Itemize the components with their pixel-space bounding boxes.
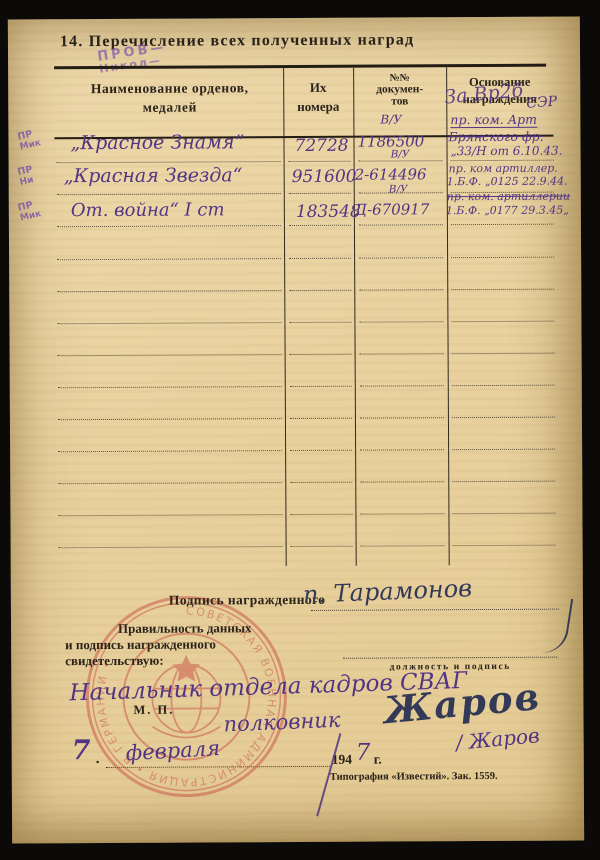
row-dotted-line <box>58 450 282 452</box>
row-dotted-line <box>359 289 443 290</box>
header-documents: №№ докумен- тов <box>353 72 446 107</box>
basis-line-5: 1.Б.Ф. „0125 22.9.44. <box>447 175 568 189</box>
documents-header-note: В/У <box>380 112 402 126</box>
header-numbers-line1: Их <box>283 80 353 96</box>
header-award-name: Наименование орденов, медалей <box>56 80 283 116</box>
row-dotted-line <box>361 545 445 546</box>
row-dotted-line <box>290 482 352 483</box>
row-dotted-line <box>452 513 555 515</box>
row-dotted-line <box>360 353 444 354</box>
basis-line-6: пр. ком. артиллерии <box>447 190 570 204</box>
row-dotted-line <box>57 290 281 292</box>
row-dotted-line <box>290 514 352 515</box>
row-dotted-line <box>360 513 444 514</box>
column-line-1 <box>283 68 287 566</box>
row-dotted-line <box>57 225 281 227</box>
certify-line-1: Правильность данных <box>118 620 252 637</box>
date-suffix: г. <box>374 752 382 768</box>
margin-stamp-2-line2: Ни <box>19 175 36 188</box>
row-dotted-line <box>290 386 352 387</box>
row-dotted-line <box>452 481 555 483</box>
header-award-name-line1: Наименование орденов, <box>56 80 283 97</box>
row-dotted-line <box>289 193 351 194</box>
row-dotted-line <box>290 354 352 355</box>
header-numbers-line2: номера <box>283 99 353 115</box>
row-dotted-line <box>452 385 555 387</box>
certify-line-2: и подпись награжденного <box>65 636 216 653</box>
clarification-signature: / Жаров <box>455 723 541 755</box>
award-number-2: 951600 <box>292 167 357 187</box>
header-documents-line3: тов <box>353 95 446 107</box>
basis-line-2: Брянского фр. <box>448 129 543 144</box>
imprint: Типография «Известий». Зак. 1559. <box>330 771 498 783</box>
certify-line-3: свидетельствую: <box>65 653 164 670</box>
header-award-name-line2: медалей <box>56 99 283 116</box>
award-name-1: „Красное Знамя“ <box>70 131 244 154</box>
row-dotted-line <box>291 546 353 547</box>
award-number-1: 72728 <box>294 136 348 156</box>
award-name-3: От. война“ I ст <box>71 199 225 221</box>
awardee-sign-line <box>311 609 559 611</box>
margin-stamp-1: ПР Мик <box>16 127 41 152</box>
margin-stamp-2: ПР Ни <box>17 164 36 188</box>
date-year-hand: 7 <box>356 740 371 766</box>
row-dotted-line <box>58 418 282 420</box>
row-dotted-line <box>360 449 444 450</box>
row-dotted-line <box>360 481 444 482</box>
award-number-3: 183548 <box>296 202 361 222</box>
row-dotted-line <box>289 322 351 323</box>
row-dotted-line <box>451 257 554 259</box>
row-dotted-line <box>360 417 444 418</box>
row-dotted-line <box>289 258 351 259</box>
row-dotted-line <box>453 545 556 547</box>
row-dotted-line <box>452 353 555 355</box>
row-dotted-line <box>57 161 281 163</box>
row-dotted-line <box>451 321 554 323</box>
award-doc-2: 2-614496 <box>355 165 427 183</box>
header-documents-line2: докумен- <box>353 83 446 95</box>
row-dotted-line <box>58 386 282 388</box>
row-dotted-line <box>452 417 555 419</box>
row-dotted-line <box>452 449 555 451</box>
award-name-2: „Красная Звезда“ <box>64 164 243 187</box>
basis-line-7: 1.Б.Ф. „0177 29.3.45„ <box>446 204 569 218</box>
row-dotted-line <box>290 450 352 451</box>
row-dotted-line <box>290 418 352 419</box>
basis-line-4: пр. ком артиллер. <box>449 162 558 176</box>
row-dotted-line <box>57 322 281 324</box>
row-dotted-line <box>359 224 443 225</box>
date-day: 7 <box>72 735 91 766</box>
mp-label: М. П. <box>133 703 174 718</box>
row-dotted-line <box>451 289 554 291</box>
row-dotted-line <box>57 258 281 260</box>
row-dotted-line <box>57 193 281 195</box>
award-doc-3: Д-670917 <box>355 200 430 218</box>
basis-header-overlay-2: СЭР <box>526 94 558 112</box>
award-doc-note-2: В/У <box>391 148 410 160</box>
position-line <box>343 657 557 659</box>
basis-line-1: пр. ком. Арт <box>450 112 537 128</box>
row-dotted-line <box>360 385 444 386</box>
header-documents-line1: №№ <box>353 72 446 83</box>
row-dotted-line <box>359 257 443 258</box>
row-dotted-line <box>289 225 351 226</box>
row-dotted-line <box>58 514 282 516</box>
row-dotted-line <box>58 482 282 484</box>
row-dotted-line <box>289 161 351 162</box>
header-numbers: Их номера <box>283 80 353 115</box>
row-dotted-line <box>59 546 283 548</box>
row-dotted-line <box>359 321 443 322</box>
awardee-signature-flourish <box>539 595 573 656</box>
row-dotted-line <box>289 290 351 291</box>
row-dotted-line <box>58 354 282 356</box>
basis-line-3: „33/Н от 6.10.43. <box>451 144 563 159</box>
awardee-signature: п. Тарамонов <box>302 574 472 609</box>
column-line-2 <box>353 68 357 566</box>
row-dotted-line <box>451 224 554 226</box>
document-page: 14. Перечисление всех полученных наград … <box>8 17 584 844</box>
margin-stamp-3: ПР Мик <box>17 198 42 223</box>
table-row-lines <box>8 17 580 20</box>
award-doc-note-3: В/У <box>389 183 408 195</box>
handwritten-rank: полковник <box>223 708 341 737</box>
